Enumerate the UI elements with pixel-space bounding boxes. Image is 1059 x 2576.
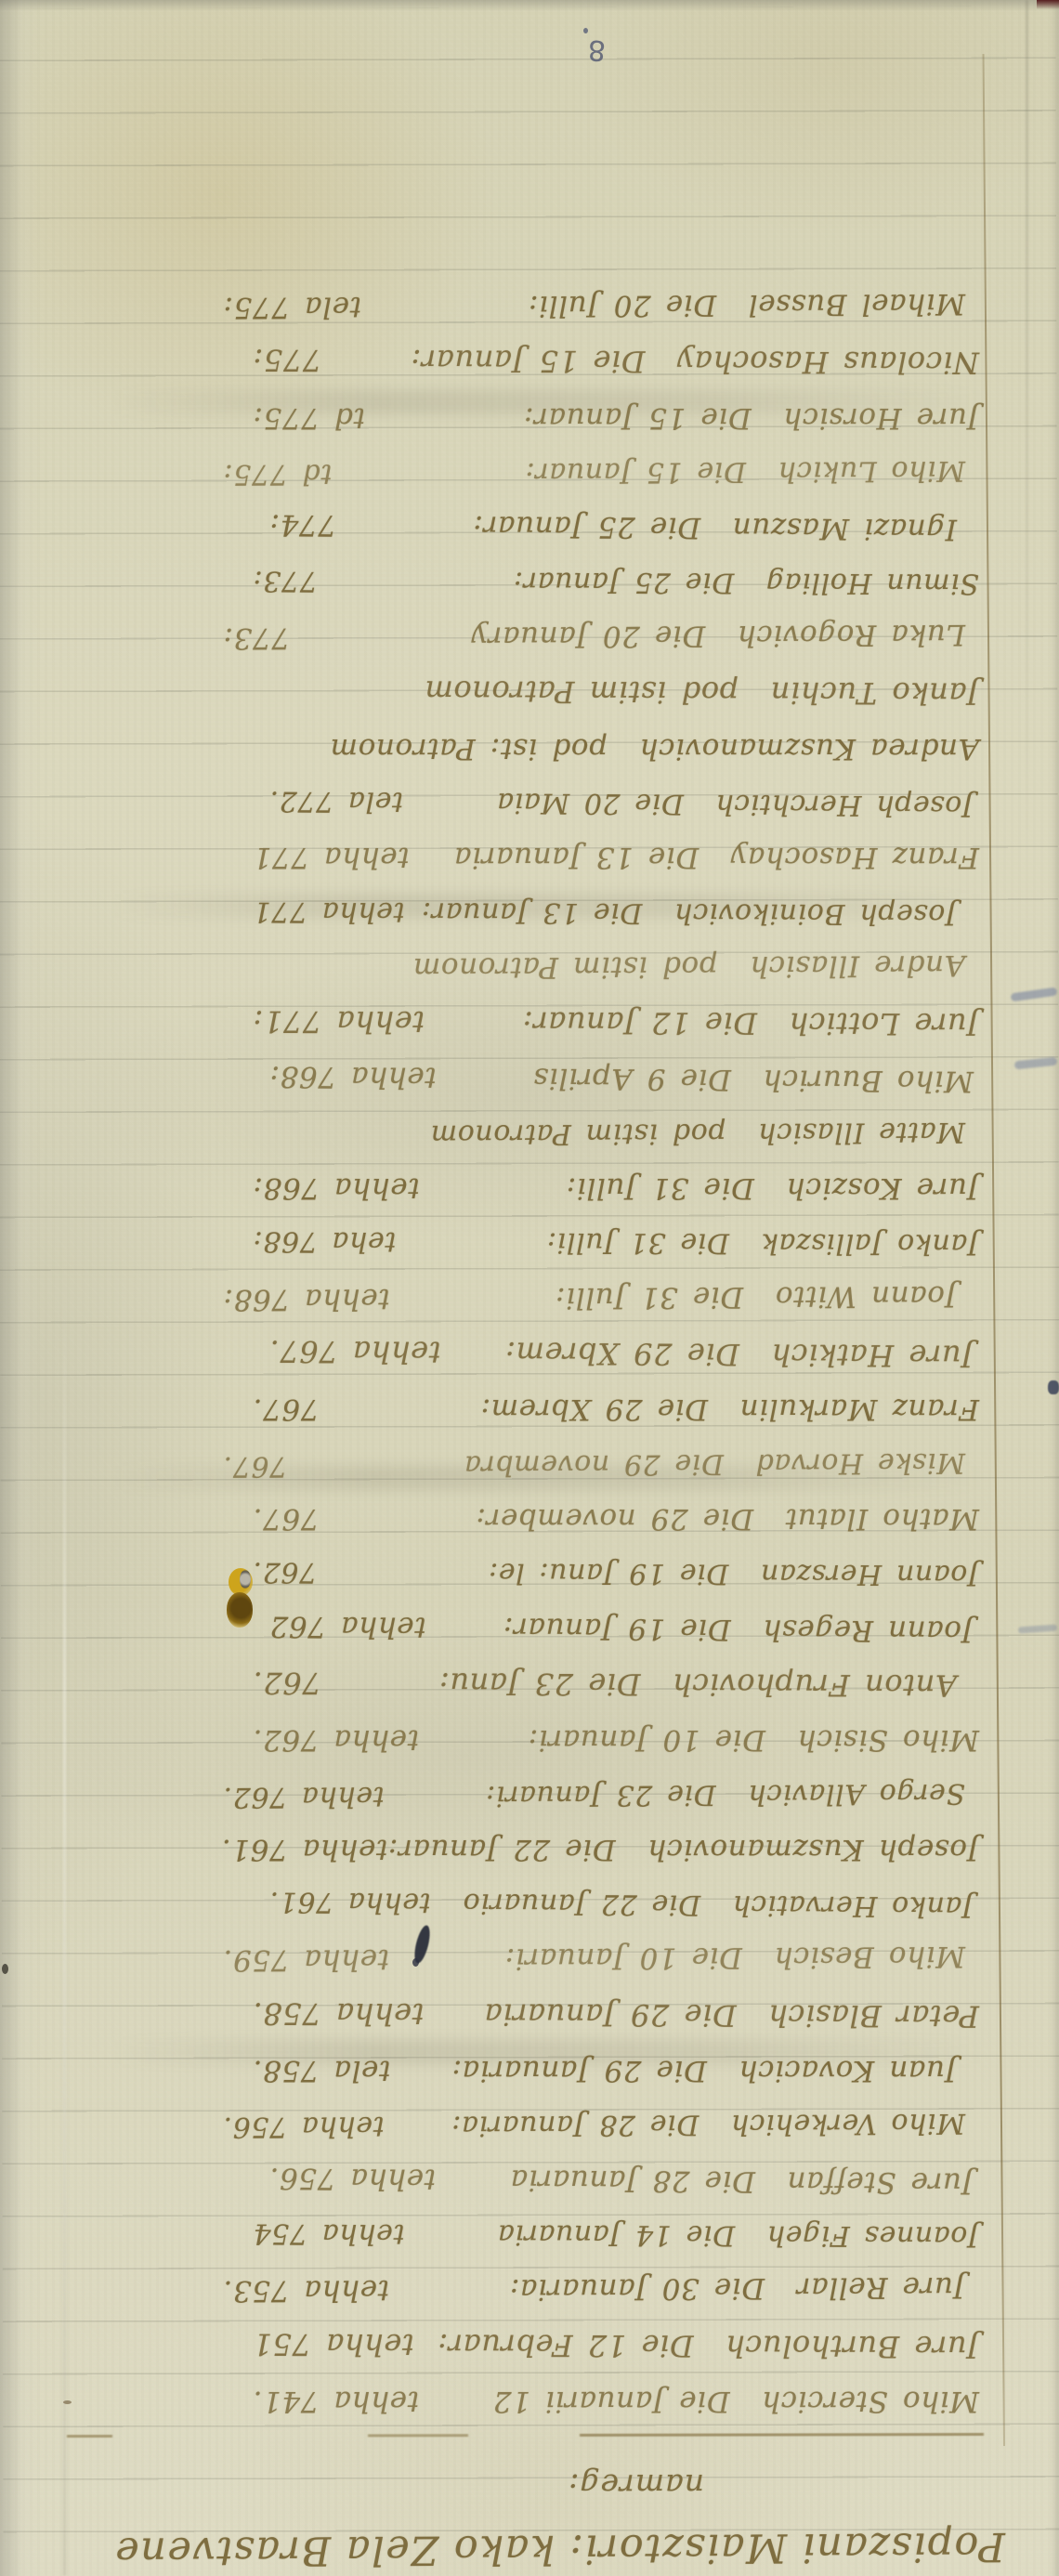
register-entry: Janko HervatichDie 22 Januariotehha 761. xyxy=(210,1885,974,1923)
entry-date: Die 15 Januar: xyxy=(321,343,645,379)
register-entry: Franz MarkulinDie 29 Xbrem:767. xyxy=(210,1393,979,1426)
register-entry: Nicolaus HasochayDie 15 Januar:775: xyxy=(210,343,979,381)
entry-name: Franz Markulin xyxy=(739,1393,979,1426)
entry-date: Die 19 Januar: xyxy=(426,1610,731,1645)
register-entry: Joseph HerchtichDie 20 Maiatela 772. xyxy=(210,784,974,822)
register-entry: Luka RogovichDie 20 January773: xyxy=(210,618,965,655)
register-entry: Miho StercichDie Januarii 12tehha 741. xyxy=(210,2385,979,2418)
register-entry: Simun HolliagDie 25 Januar:773: xyxy=(210,564,979,599)
entry-name: Janko Hervatich xyxy=(732,1889,974,1923)
entry-date: Die 28 Januaria xyxy=(436,2163,755,2198)
entry-date: pod istim Patronom xyxy=(253,673,739,711)
entry-folio: tehha 771: xyxy=(253,1004,425,1040)
entry-folio: tehha 762. xyxy=(223,1780,385,1813)
entry-folio: tehha 761. xyxy=(269,1886,431,1919)
register-entry: Janko Tuchinpod istim Patronom xyxy=(210,673,979,712)
register-entry: Juan KovacichDie 29 Januaria:tela 758. xyxy=(210,2054,957,2087)
register-entry: Anton FruphovichDie 23 Janu:762. xyxy=(210,1665,957,1703)
register-entry: Miho LukichDie 15 Januar:td 775: xyxy=(210,454,965,490)
entry-folio: tela 772. xyxy=(269,785,403,818)
entry-name: Joann Herszan xyxy=(760,1558,979,1591)
entry-folio: tehha 767. xyxy=(269,1334,441,1370)
wax-dark-blob xyxy=(227,1592,253,1628)
register-entry: Matte Illasichpod istim Patronom xyxy=(210,1116,965,1152)
entry-date: Die 31 Julli: xyxy=(396,1226,729,1260)
entry-date: Die 30 Januaria: xyxy=(389,2271,765,2307)
entry-date: Die 31 Julli: xyxy=(390,1280,744,1315)
register-entry: Andrea Kuszmanovichpod ist: Patronom xyxy=(210,732,979,765)
register-entry: Miho BuurichDie 9 Aprilistehha 768: xyxy=(210,1060,974,1099)
entry-folio: tehha 754 xyxy=(253,2217,405,2251)
ink-blot-satellite xyxy=(412,1958,419,1967)
entry-folio: tehha 756. xyxy=(269,2161,436,2195)
register-entry: Petar BlasichDie 29 Januariatehha 758. xyxy=(210,1995,979,2033)
entry-date: Die 20 January xyxy=(290,619,705,654)
entry-name: Miho Verkehich xyxy=(730,2107,965,2140)
wax-gloss-spot xyxy=(240,1570,251,1589)
blue-edge-mark xyxy=(1048,1380,1059,1394)
entry-date: Die 12 Januar: xyxy=(425,1004,757,1040)
register-entry: Miske HorvadDie 29 novembra767. xyxy=(210,1446,965,1483)
entry-date: Die 29 Xbrem: xyxy=(440,1335,739,1372)
entries-list: Miho StercichDie Januarii 12tehha 741.Ju… xyxy=(210,289,979,2418)
register-entry: Jure RellarDie 30 Januaria:tehha 753. xyxy=(210,2270,965,2308)
entry-name: Juan Kovacich xyxy=(739,2054,957,2087)
register-entry: Miho VerkehichDie 28 Januaria:tehha 756. xyxy=(210,2107,965,2143)
entry-name: Joseph Herchtich xyxy=(715,788,974,822)
register-entry: Matho IlatutDie 29 november:767. xyxy=(210,1502,979,1536)
entry-folio: teha 768: xyxy=(253,1225,396,1259)
entry-name: Sergo Allavich xyxy=(748,1776,965,1810)
entry-name: Miho Lukich xyxy=(778,454,965,488)
entry-date: Die 22 Januar: xyxy=(387,1833,615,1866)
entry-name: Jure Hatkich xyxy=(771,1337,974,1374)
entry-folio: 773: xyxy=(223,621,290,655)
register-entry: Miho SisichDie 10 Januari:tehha 762. xyxy=(210,1723,979,1757)
margin-rule-line xyxy=(982,54,1005,2446)
entry-name: Mihael Bussel xyxy=(748,287,965,321)
entry-folio: 774: xyxy=(269,508,336,543)
entry-name: Miho Sisich xyxy=(797,1723,979,1757)
entry-folio: tehha 753. xyxy=(223,2273,389,2308)
register-entry: Andre Illasichpod istim Patronom xyxy=(210,948,965,986)
entry-date: Die 29 novembra xyxy=(287,1447,724,1482)
register-entry: Joseph BoinikovichDie 13 Januar:tehha 77… xyxy=(210,895,957,930)
register-entry: Joannes FigehDie 14 Januariatehha 754 xyxy=(210,2216,979,2252)
register-entry: Jure SteffanDie 28 Januariatehha 756. xyxy=(210,2161,974,2200)
register-entry: Joseph KuszmanovichDie 22 Januar:tehha 7… xyxy=(210,1833,979,1866)
entry-folio: tehha 759. xyxy=(223,1943,389,1978)
entry-name: Miho Stercich xyxy=(762,2385,979,2418)
entry-date: Die 20 Maia xyxy=(403,786,684,820)
entry-name: Miho Besich xyxy=(774,1940,965,1974)
entry-folio: tehha 762. xyxy=(253,1723,419,1757)
register-title: Popiszani Maisztori: kako Zela Brastvene xyxy=(48,2523,1005,2575)
entry-folio: tehha 768: xyxy=(253,1171,420,1205)
binding-corner-fragment xyxy=(1037,0,1059,9)
register-entry: Joann HerszanDie 19 Janu: le:762. xyxy=(210,1556,979,1591)
entry-date: Die 29 Xbrem: xyxy=(319,1393,708,1426)
entry-name: Jure Burtholuch xyxy=(726,2328,980,2364)
register-entry: Jure KoszichDie 31 Julli:tehha 768: xyxy=(210,1171,979,1205)
entry-date: Die 31 Julli: xyxy=(420,1171,754,1205)
entry-folio: 767. xyxy=(253,1393,319,1426)
register-subtitle: namreg: xyxy=(568,2467,704,2504)
edge-speck xyxy=(63,2400,72,2404)
entry-name: Jure Lottich xyxy=(789,1006,979,1042)
heading-separator-rule xyxy=(65,2433,1003,2438)
entry-folio: 767. xyxy=(223,1449,287,1482)
entry-date: pod ist: Patronom xyxy=(253,732,608,765)
entry-date: Die 28 Januaria: xyxy=(385,2109,699,2143)
register-entry: Jure HatkichDie 29 Xbrem:tehha 767. xyxy=(210,1333,974,1374)
entry-date: Die 10 Januari: xyxy=(419,1723,765,1757)
register-entry: Mihael BusselDie 20 Julli:tela 775: xyxy=(210,287,965,324)
entry-date: Die 29 november: xyxy=(319,1502,753,1536)
entry-name: Jure Steffan xyxy=(787,2164,974,2199)
entry-name: Andrea Kuszmanovich xyxy=(639,732,979,765)
entry-name: Joseph Boinikovich xyxy=(673,896,957,930)
entry-name: Jure Rellar xyxy=(796,2270,965,2305)
edge-speck xyxy=(2,1964,8,1974)
entry-date: Die 29 Januaria xyxy=(424,1996,736,2033)
entry-date: Die 9 Aprilis xyxy=(437,1061,731,1096)
entry-date: Die 25 Januar: xyxy=(336,509,700,545)
entry-folio: tehha 758. xyxy=(253,1995,425,2032)
entry-name: Nicolaus Hasochay xyxy=(676,345,979,381)
entry-name: Andre Illasich xyxy=(750,948,966,983)
register-entry: Jure HorsichDie 15 Januar:td 775: xyxy=(210,401,979,435)
entry-date: Die 15 Januar: xyxy=(332,455,746,490)
entry-date: Die 23 Januari: xyxy=(385,1778,716,1812)
entry-date: Die 25 Januar: xyxy=(318,565,735,599)
page-number: 8 xyxy=(587,33,607,67)
entry-date: Die 13 Januar: xyxy=(404,896,642,929)
entry-folio: 773: xyxy=(253,564,318,596)
entry-folio: tehha 741. xyxy=(253,2385,419,2418)
entry-date: Die 22 Januario xyxy=(431,1887,701,1921)
entry-name: Simun Holliag xyxy=(765,566,979,599)
wax-drop-stain xyxy=(227,1568,256,1629)
entry-date: Die 20 Julli: xyxy=(361,288,716,323)
entry-folio: tehha 751 xyxy=(253,2326,414,2362)
register-entry: Jure LottichDie 12 Januar:tehha 771: xyxy=(210,1004,979,1042)
manuscript-scan-page: Popiszani Maisztori: kako Zela Brastvene… xyxy=(0,0,1059,2576)
entry-date: Die 14 Januaria xyxy=(404,2217,735,2251)
entry-date: Die Januarii 12 xyxy=(419,2385,730,2418)
entry-name: Franz Hasochay xyxy=(730,841,979,874)
entry-folio: tela 758. xyxy=(253,2054,390,2087)
register-entry: Janko JalliszakDie 31 Julli:teha 768: xyxy=(210,1225,979,1261)
entry-folio: 775: xyxy=(253,343,321,378)
entry-date: Die 13 Januaria xyxy=(410,841,699,874)
entry-name: Jure Koszich xyxy=(786,1171,979,1205)
ink-speck xyxy=(583,28,588,33)
entry-name: Ignazi Maszun xyxy=(732,511,957,546)
entry-folio: tehha 761. xyxy=(221,1833,387,1866)
entry-name: Miske Horvad xyxy=(755,1446,965,1480)
entry-date: pod istim Patronom xyxy=(223,949,718,986)
register-entry: Ignazi MaszunDie 25 Januar:774: xyxy=(210,508,957,547)
upside-down-page-content: Popiszani Maisztori: kako Zela Brastvene… xyxy=(0,0,1059,2576)
entry-date: Die 12 Februar: xyxy=(414,2327,694,2363)
entry-name: Joann Witto xyxy=(775,1279,957,1314)
register-entry: Sergo AllavichDie 23 Januari:tehha 762. xyxy=(210,1776,965,1812)
register-entry: Joann RegeshDie 19 Januar:tehha 762 xyxy=(210,1609,974,1648)
entry-name: Joann Regesh xyxy=(763,1613,974,1648)
entry-folio: tela 775: xyxy=(223,290,361,324)
register-entry: Miho BesichDie 10 Januari:tehha 759. xyxy=(210,1940,965,1977)
entry-name: Matho Ilatut xyxy=(785,1502,979,1536)
entry-folio: 767. xyxy=(253,1502,319,1536)
entry-date: Die 29 Januaria: xyxy=(390,2054,706,2087)
register-entry: Franz HasochayDie 13 Januariatehha 771 xyxy=(210,841,979,874)
entry-folio: td 775: xyxy=(253,401,365,435)
entry-folio: 762. xyxy=(253,1556,317,1589)
entry-date: Die 23 Janu: xyxy=(321,1666,641,1702)
entry-folio: tehha 771 xyxy=(253,895,405,928)
entry-date: Die 15 Januar: xyxy=(365,401,752,435)
entry-folio: 762. xyxy=(253,1666,321,1701)
entry-folio: tehha 771 xyxy=(253,841,410,874)
entry-date: pod istim Patronom xyxy=(223,1117,726,1152)
entry-name: Joseph Kuszmanovich xyxy=(647,1833,979,1866)
entry-name: Janko Jalliszak xyxy=(761,1227,979,1261)
register-entry: Jure BurtholuchDie 12 Februar:tehha 751 xyxy=(210,2326,979,2364)
entry-name: Luka Rogovich xyxy=(737,618,965,652)
entry-name: Matte Illasich xyxy=(757,1116,965,1149)
entry-folio: td 775: xyxy=(223,458,333,491)
entry-folio: tehha 756. xyxy=(223,2111,385,2144)
entry-name: Janko Tuchin xyxy=(770,675,979,712)
entry-name: Anton Fruphovich xyxy=(672,1667,957,1703)
entry-name: Petar Blasich xyxy=(768,1998,979,2034)
entry-date: Die 19 Janu: le: xyxy=(317,1556,728,1590)
entry-name: Jure Horsich xyxy=(783,401,979,435)
entry-folio: tehha 768: xyxy=(223,1282,390,1316)
entry-date: Die 10 Januari: xyxy=(389,1942,742,1977)
entry-name: Miho Buurich xyxy=(763,1064,974,1099)
register-entry: Joann WittoDie 31 Julli:tehha 768: xyxy=(210,1279,957,1316)
entry-folio: tehha 762 xyxy=(269,1609,426,1643)
entry-folio: tehha 768: xyxy=(269,1060,437,1094)
entry-name: Joannes Figeh xyxy=(766,2219,979,2253)
